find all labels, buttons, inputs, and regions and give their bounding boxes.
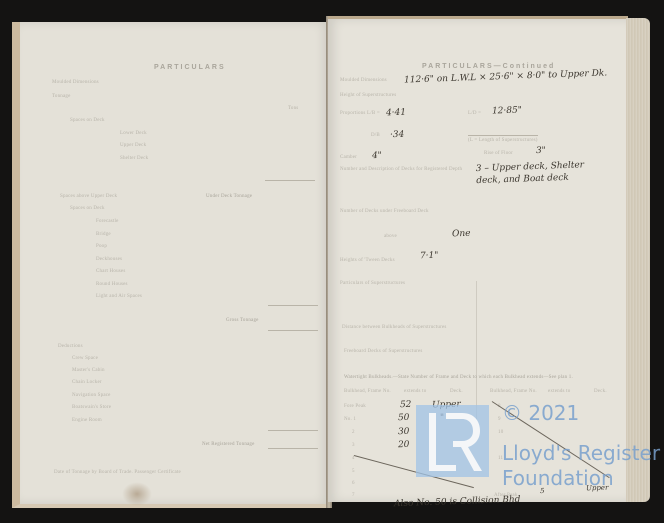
field-under-deck-tonnage: Under Deck Tonnage — [206, 194, 252, 199]
left-page: PARTICULARS Moulded Dimensions Tonnage T… — [12, 22, 330, 508]
deduction-boatswain: Boatswain's Store — [72, 405, 111, 410]
bulkhead-right-row: 9 — [498, 417, 501, 422]
label-number-decks: Number and Description of Decks for Regi… — [340, 167, 462, 172]
sub-shelter-deck: Shelter Deck — [120, 156, 148, 161]
deduction-navigation: Navigation Space — [72, 393, 111, 398]
value-proportions-ld: 12·85" — [492, 105, 522, 116]
field-deductions: Deductions — [58, 344, 83, 349]
deduction-engine: Engine Room — [72, 418, 102, 423]
tonnage-header-above: Spaces above Upper Deck — [60, 194, 117, 199]
bulkhead-row-name: No. 1 — [344, 417, 356, 422]
document-scan: PARTICULARS Moulded Dimensions Tonnage T… — [0, 0, 664, 523]
lr-logo-icon — [416, 405, 489, 477]
item-chart-houses: Chart Houses — [96, 269, 125, 274]
label-decks-under-freeboard: Number of Decks under Freeboard Deck — [340, 209, 429, 214]
label-height-superstructures: Height of Superstructures — [340, 93, 396, 98]
bulkhead-header-frame-2: Bulkhead, Frame No. — [490, 389, 537, 394]
label-rise-of-floor: Rise of Floor — [484, 151, 513, 156]
label-decks-above: above — [384, 234, 397, 239]
field-moulded-dimensions: Moulded Dimensions — [52, 80, 99, 85]
value-tween-decks: 7·1" — [420, 251, 439, 262]
deduction-chain: Chain Locker — [72, 380, 102, 385]
bulkhead-header-frame: Bulkhead, Frame No. — [344, 389, 391, 394]
value-proportions-lb: 4·41 — [386, 108, 406, 119]
field-net-registered-tonnage: Net Registered Tonnage — [202, 442, 255, 447]
sub-upper-deck: Upper Deck — [120, 143, 146, 148]
sub-lower-deck: Lower Deck — [120, 131, 147, 136]
label-superstructure-length: (L = Length of Superstructures) — [468, 138, 538, 143]
paper-stain — [122, 482, 152, 506]
item-round-houses: Round Houses — [96, 282, 128, 287]
footer-note: Date of Tonnage by Board of Trade. Passe… — [54, 470, 181, 475]
left-page-title: PARTICULARS — [154, 64, 226, 71]
bulkhead-header-deck-2: Deck. — [594, 389, 607, 394]
value-number-decks: 3 – Upper deck, Shelter deck, and Boat d… — [476, 159, 597, 187]
label-particulars-superstructures: Particulars of Superstructures — [340, 281, 405, 286]
label-freeboard-decks: Freeboard Decks of Superstructures — [344, 349, 423, 354]
label-proportions-ld: L/D = — [468, 111, 481, 116]
bulkhead-row-name: 3 — [352, 443, 355, 448]
item-bridge: Bridge — [96, 232, 111, 237]
bulkhead-row-frame: 30 — [398, 427, 410, 437]
bulkhead-row-frame: 52 — [400, 400, 412, 410]
bulkhead-row-name: 5 — [352, 469, 355, 474]
value-camber: 4" — [372, 151, 382, 161]
field-tonnage-header: Spaces on Deck — [70, 118, 105, 123]
item-forecastle: Forecastle — [96, 219, 119, 224]
bulkhead-row-frame: 50 — [398, 413, 410, 423]
bulkhead-row-name: 4 — [352, 456, 355, 461]
field-tons: Tons — [288, 106, 298, 111]
item-light-air: Light and Air Spaces — [96, 294, 142, 299]
bulkhead-header-deck: Deck. — [450, 389, 463, 394]
bulkhead-row-name: Fore Peak — [344, 404, 366, 409]
page-edges — [626, 18, 650, 502]
value-moulded-dimensions: 112·6" on L.W.L × 25·6" × 8·0" to Upper … — [404, 68, 607, 85]
rule — [268, 430, 318, 431]
tonnage-header-on-deck: Spaces on Deck — [70, 206, 105, 211]
bulkhead-row-name: 7 — [352, 493, 355, 498]
rule — [268, 330, 318, 331]
item-poop: Poop — [96, 244, 107, 249]
bulkhead-row-name: 2 — [352, 430, 355, 435]
field-gross-tonnage: Gross Tonnage — [226, 318, 259, 323]
bulkhead-header-extends-2: extends to — [548, 389, 570, 394]
value-proportions-db: ·34 — [390, 130, 405, 140]
deduction-crew: Crew Space — [72, 356, 98, 361]
label-proportions-lb: Proportions L/B = — [340, 111, 380, 116]
bulkhead-header-extends: extends to — [404, 389, 426, 394]
value-decks-above: One — [452, 229, 471, 240]
watermark-copyright: © 2021 — [502, 401, 579, 425]
watermark-org-line1: Lloyd's Register — [502, 441, 660, 465]
watermark-org-line2: Foundation — [502, 466, 614, 490]
rule — [468, 135, 538, 136]
bulkheads-title: Watertight Bulkheads.—State Number of Fr… — [344, 375, 573, 380]
label-camber: Camber — [340, 155, 357, 160]
label-tween-decks: Heights of 'Tween Decks — [340, 258, 395, 263]
item-deckhouses: Deckhouses — [96, 257, 122, 262]
bulkhead-right-row: 10 — [498, 430, 503, 435]
right-page-title: PARTICULARS—Continued — [422, 63, 555, 70]
bulkhead-row-frame: 20 — [398, 440, 410, 450]
bulkhead-row-name: 6 — [352, 481, 355, 486]
label-proportions-db: D/B — [371, 133, 380, 138]
field-tonnage: Tonnage — [52, 94, 71, 99]
value-rise-of-floor: 3" — [536, 146, 546, 156]
collision-bulkhead-note: Also No. 50 is Collision Bhd — [394, 495, 521, 509]
label-moulded-dimensions: Moulded Dimensions — [340, 78, 387, 83]
rule — [265, 180, 315, 181]
deduction-master: Master's Cabin — [72, 368, 105, 373]
rule — [268, 448, 318, 449]
label-distance-bulkheads: Distance between Bulkheads of Superstruc… — [342, 325, 447, 330]
rule — [268, 305, 318, 306]
